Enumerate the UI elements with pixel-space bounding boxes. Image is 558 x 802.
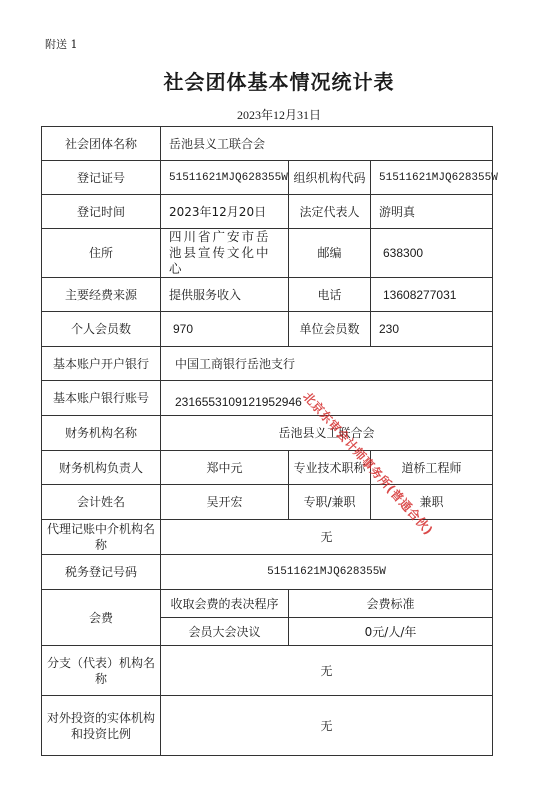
fees-procedure-value: 会员大会决议 — [161, 618, 289, 646]
org-name-label: 社会团体名称 — [42, 127, 161, 161]
finance-head-label: 财务机构负责人 — [42, 451, 161, 485]
agent-bookkeeping-value: 无 — [161, 520, 493, 555]
investments-label: 对外投资的实体机构和投资比例 — [42, 696, 161, 756]
bank-account-label: 基本账户银行账号 — [42, 381, 161, 416]
org-name-value: 岳池县义工联合会 — [161, 127, 493, 161]
reg-no-label: 登记证号 — [42, 161, 161, 195]
funding-source-label: 主要经费来源 — [42, 278, 161, 312]
unit-members-value: 230 — [371, 312, 493, 347]
finance-org-value: 岳池县义工联合会 — [161, 416, 493, 451]
fees-procedure-header: 收取会费的表决程序 — [161, 590, 289, 618]
agent-bookkeeping-label: 代理记账中介机构名称 — [42, 520, 161, 555]
table-row: 社会团体名称 岳池县义工联合会 — [42, 127, 493, 161]
table-row: 税务登记号码 51511621MJQ628355W — [42, 555, 493, 590]
address-label: 住所 — [42, 229, 161, 278]
table-row: 代理记账中介机构名称 无 — [42, 520, 493, 555]
tax-reg-no-label: 税务登记号码 — [42, 555, 161, 590]
phone-label: 电话 — [289, 278, 371, 312]
reg-date-label: 登记时间 — [42, 195, 161, 229]
table-row: 主要经费来源 提供服务收入 电话 13608277031 — [42, 278, 493, 312]
postcode-label: 邮编 — [289, 229, 371, 278]
accountant-label: 会计姓名 — [42, 485, 161, 520]
tax-reg-no-value: 51511621MJQ628355W — [161, 555, 493, 590]
finance-org-label: 财务机构名称 — [42, 416, 161, 451]
org-code-label: 组织机构代码 — [289, 161, 371, 195]
branches-label: 分支（代表）机构名称 — [42, 646, 161, 696]
statistics-table: 社会团体名称 岳池县义工联合会 登记证号 51511621MJQ628355W … — [41, 126, 493, 756]
table-row: 对外投资的实体机构和投资比例 无 — [42, 696, 493, 756]
legal-rep-label: 法定代表人 — [289, 195, 371, 229]
unit-members-label: 单位会员数 — [289, 312, 371, 347]
postcode-value: 638300 — [371, 229, 493, 278]
table-row: 财务机构名称 岳池县义工联合会 — [42, 416, 493, 451]
fees-standard-header: 会费标准 — [289, 590, 493, 618]
fees-standard-value: 0元/人/年 — [289, 618, 493, 646]
investments-value: 无 — [161, 696, 493, 756]
table-row: 登记时间 2023年12月20日 法定代表人 游明真 — [42, 195, 493, 229]
finance-head-value: 郑中元 — [161, 451, 289, 485]
bank-account-value: 2316553109121952946 — [161, 381, 493, 416]
table-row: 会计姓名 吴开宏 专职/兼职 兼职 — [42, 485, 493, 520]
table-row: 基本账户开户银行 中国工商银行岳池支行 — [42, 347, 493, 381]
table-row: 财务机构负责人 郑中元 专业技术职称 道桥工程师 — [42, 451, 493, 485]
tech-title-label: 专业技术职称 — [289, 451, 371, 485]
report-date: 2023年12月31日 — [0, 106, 558, 123]
address-value: 四川省广安市岳池县宣传文化中心 — [161, 229, 289, 278]
individual-members-label: 个人会员数 — [42, 312, 161, 347]
employment-type-value: 兼职 — [371, 485, 493, 520]
attachment-label: 附送 1 — [45, 36, 78, 52]
phone-value: 13608277031 — [371, 278, 493, 312]
bank-label: 基本账户开户银行 — [42, 347, 161, 381]
employment-type-label: 专职/兼职 — [289, 485, 371, 520]
accountant-value: 吴开宏 — [161, 485, 289, 520]
page-title: 社会团体基本情况统计表 — [0, 66, 558, 95]
org-code-value: 51511621MJQ628355W — [371, 161, 493, 195]
table-row: 基本账户银行账号 2316553109121952946 — [42, 381, 493, 416]
table-row: 登记证号 51511621MJQ628355W 组织机构代码 51511621M… — [42, 161, 493, 195]
table-row: 会费 收取会费的表决程序 会费标准 — [42, 590, 493, 618]
branches-value: 无 — [161, 646, 493, 696]
tech-title-value: 道桥工程师 — [371, 451, 493, 485]
reg-no-value: 51511621MJQ628355W — [161, 161, 289, 195]
reg-date-value: 2023年12月20日 — [161, 195, 289, 229]
table-row: 住所 四川省广安市岳池县宣传文化中心 邮编 638300 — [42, 229, 493, 278]
individual-members-value: 970 — [161, 312, 289, 347]
table-row: 分支（代表）机构名称 无 — [42, 646, 493, 696]
funding-source-value: 提供服务收入 — [161, 278, 289, 312]
legal-rep-value: 游明真 — [371, 195, 493, 229]
fees-label: 会费 — [42, 590, 161, 646]
bank-value: 中国工商银行岳池支行 — [161, 347, 493, 381]
table-row: 个人会员数 970 单位会员数 230 — [42, 312, 493, 347]
